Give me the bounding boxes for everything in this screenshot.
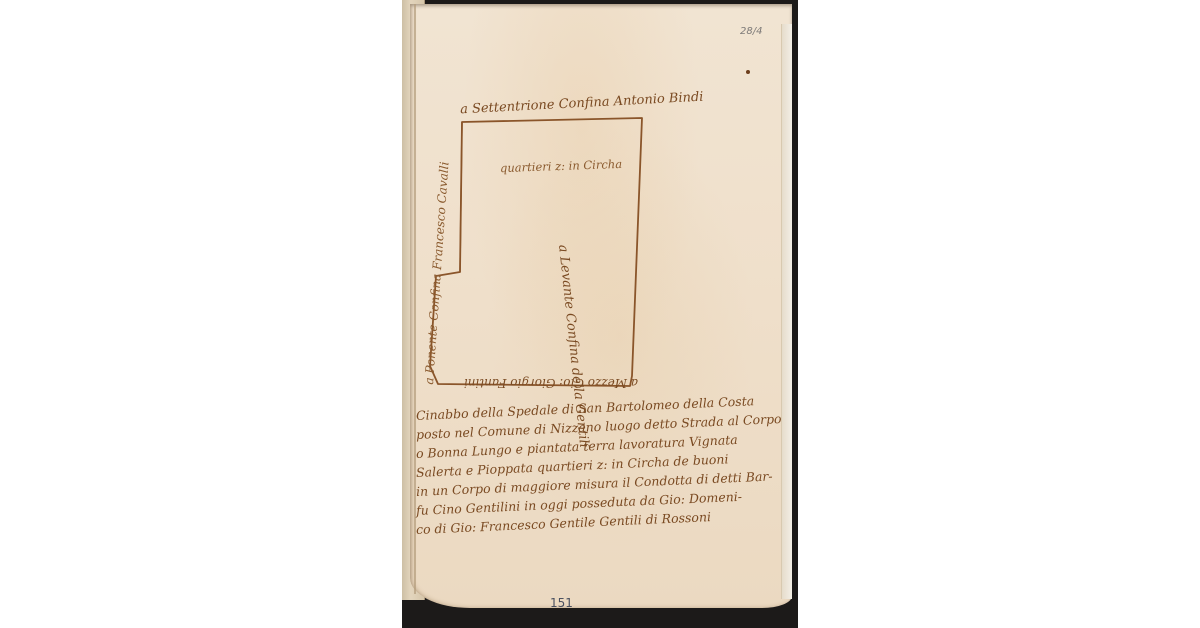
manuscript-scan: 28/4 a Settentrione Confina Antonio Bind… <box>402 0 798 628</box>
page-number: 151 <box>550 596 573 610</box>
south-boundary-label: a Mezzo Gio: Giorgio Fantini <box>464 376 638 390</box>
description-text: Cinabbo della Spedale di San Bartolomeo … <box>416 406 788 539</box>
manuscript-page: 28/4 a Settentrione Confina Antonio Bind… <box>410 4 792 608</box>
